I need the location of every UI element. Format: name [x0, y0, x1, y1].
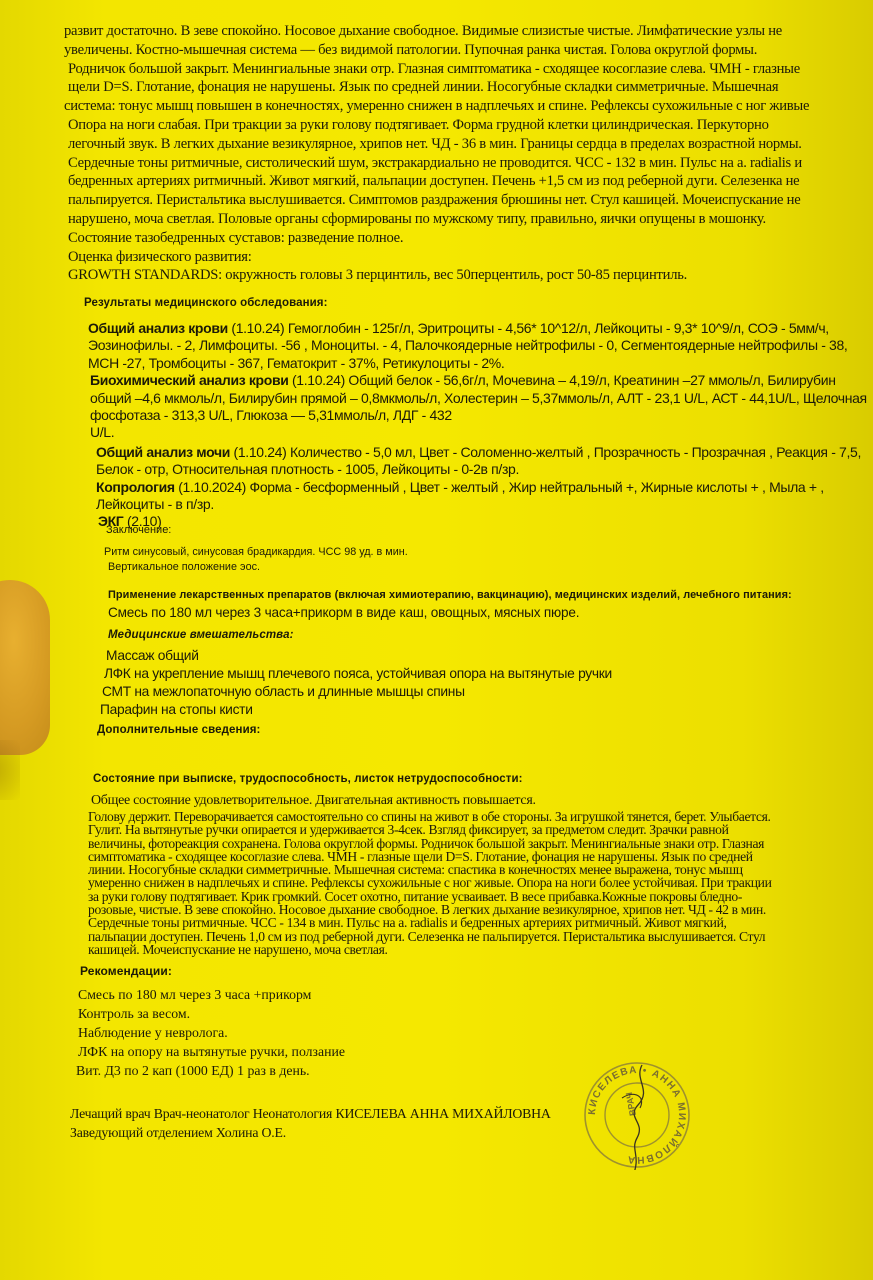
copro-entry: Копрология (1.10.2024) Форма - бесформен…: [96, 479, 873, 514]
urine-entry: Общий анализ мочи (1.10.24) Количество -…: [96, 444, 873, 479]
discharge-general: Общее состояние удовлетворительное. Двиг…: [91, 793, 536, 809]
exam-line: Опора на ноги слабая. При тракции за рук…: [64, 116, 864, 135]
intervention-item: ЛФК на укрепление мышц плечевого пояса, …: [102, 665, 612, 683]
exam-line: увеличены. Костно-мышечная система — без…: [64, 41, 864, 60]
discharge-heading: Состояние при выписке, трудоспособность,…: [93, 773, 523, 785]
cbc-title: Общий анализ крови: [88, 320, 228, 336]
exam-line: Родничок большой закрыт. Менингиальные з…: [64, 60, 864, 79]
exam-line: бедренных артериях ритмичный. Живот мягк…: [64, 172, 864, 191]
medications-heading: Применение лекарственных препаратов (вкл…: [108, 589, 792, 601]
conclusion-line: Вертикальное положение эос.: [104, 560, 408, 575]
conclusion-heading: Заключение:: [106, 524, 171, 536]
additional-heading: Дополнительные сведения:: [97, 724, 260, 736]
recommendation-item: Контроль за весом.: [76, 1004, 345, 1023]
discharge-line: Сердечные тоны ритмичные. ЧСС - 134 в ми…: [88, 916, 873, 929]
discharge-line: величины, фотореакция сохранена. Голова …: [88, 837, 873, 850]
discharge-line: пальпации доступен. Печень 1,0 см из под…: [88, 930, 873, 943]
ecg-entry: ЭКГ (2.10): [98, 513, 873, 530]
growth-standards-line: GROWTH STANDARDS: окружность головы 3 пе…: [64, 266, 864, 285]
attending-doctor: Лечащий врач Врач-неонатолог Неонатологи…: [70, 1104, 551, 1123]
intervention-item: Массаж общий: [102, 647, 612, 665]
discharge-line: линии. Носогубные складки симметричные. …: [88, 863, 873, 876]
document-page: развит достаточно. В зеве спокойно. Носо…: [0, 0, 873, 1280]
discharge-line: за руки голову подтягивает. Крик громкий…: [88, 890, 873, 903]
recommendation-item: Вит. Д3 по 2 кап (1000 ЕД) 1 раз в день.: [76, 1061, 345, 1080]
exam-line: Состояние тазобедренных суставов: развед…: [64, 229, 864, 248]
intervention-item: СМТ на межлопаточную область и длинные м…: [102, 683, 612, 701]
examination-text: развит достаточно. В зеве спокойно. Носо…: [64, 22, 864, 285]
medications-text: Смесь по 180 мл через 3 часа+прикорм в в…: [108, 605, 579, 620]
discharge-line: Голову держит. Переворачивается самостоя…: [88, 810, 873, 823]
results-block: Общий анализ крови (1.10.24) Гемоглобин …: [88, 320, 873, 531]
recommendation-item: Смесь по 180 мл через 3 часа +прикорм: [76, 985, 345, 1004]
conclusion-text: Ритм синусовый, синусовая брадикардия. Ч…: [104, 545, 408, 575]
urine-title: Общий анализ мочи: [96, 444, 230, 460]
department-head: Заведующий отделением Холина О.Е.: [70, 1123, 551, 1142]
discharge-line: Гулит. На вытянутые ручки опирается и уд…: [88, 823, 873, 836]
exam-line: Оценка физического развития:: [64, 248, 864, 267]
biochem-entry: Биохимический анализ крови (1.10.24) Общ…: [90, 372, 873, 424]
copro-title: Копрология: [96, 479, 175, 495]
exam-line: пальпируется. Перистальтика выслушиваетс…: [64, 191, 864, 210]
biochem-title: Биохимический анализ крови: [90, 372, 288, 388]
recommendation-item: Наблюдение у невролога.: [76, 1023, 345, 1042]
cbc-entry: Общий анализ крови (1.10.24) Гемоглобин …: [88, 320, 873, 372]
interventions-list: Массаж общий ЛФК на укрепление мышц плеч…: [102, 647, 612, 719]
recommendations-heading: Рекомендации:: [80, 964, 172, 978]
copro-values: (1.10.2024) Форма - бесформенный , Цвет …: [96, 479, 824, 512]
finger-shadow: [0, 740, 20, 800]
exam-line: система: тонус мышц повышен в конечностя…: [64, 97, 864, 116]
conclusion-line: Ритм синусовый, синусовая брадикардия. Ч…: [104, 545, 408, 560]
exam-line: щели D=S. Глотание, фонация не нарушены.…: [64, 78, 864, 97]
discharge-line: розовые, чистые. В зеве спокойно. Носово…: [88, 903, 873, 916]
exam-line: Сердечные тоны ритмичные, систолический …: [64, 154, 864, 173]
interventions-heading: Медицинские вмешательства:: [108, 629, 294, 641]
recommendations-list: Смесь по 180 мл через 3 часа +прикорм Ко…: [76, 985, 345, 1080]
recommendation-item: ЛФК на опору на вытянутые ручки, ползани…: [76, 1042, 345, 1061]
intervention-item: Парафин на стопы кисти: [100, 701, 612, 719]
discharge-line: кашицей. Мочеиспускание не нарушено, моч…: [88, 943, 873, 956]
exam-line: легочный звук. В легких дыхание везикуля…: [64, 135, 864, 154]
discharge-text: Голову держит. Переворачивается самостоя…: [88, 810, 873, 956]
exam-line: развит достаточно. В зеве спокойно. Носо…: [64, 22, 864, 41]
results-heading: Результаты медицинского обследования:: [84, 297, 328, 309]
discharge-line: симптоматика - сходящее косоглазие слева…: [88, 850, 873, 863]
biochem-tail: U/L.: [90, 424, 873, 441]
doctor-stamp-icon: КИСЕЛЕВА • АННА МИХАЙЛОВНА ВРАЧ: [582, 1060, 692, 1170]
exam-line: нарушено, моча светлая. Половые органы с…: [64, 210, 864, 229]
discharge-line: умеренно снижен в надплечьях и спине. Ре…: [88, 876, 873, 889]
signatures: Лечащий врач Врач-неонатолог Неонатологи…: [70, 1104, 551, 1142]
finger-overlay: [0, 580, 50, 755]
